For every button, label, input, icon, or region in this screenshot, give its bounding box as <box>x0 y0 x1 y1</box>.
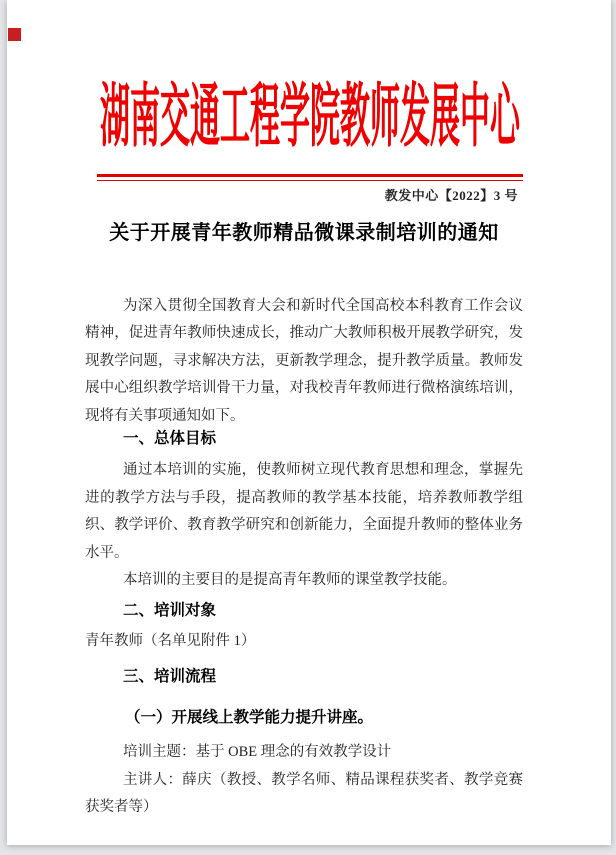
page-content: 湖南交通工程学院教师发展中心 教发中心【2022】3 号 关于开展青年教师精品微… <box>85 0 523 821</box>
document-page: 湖南交通工程学院教师发展中心 教发中心【2022】3 号 关于开展青年教师精品微… <box>7 0 611 845</box>
doc-number: 教发中心【2022】3 号 <box>97 187 523 205</box>
speaker-line: 主讲人：薛庆（教授、教学名师、精品课程获奖者、教学竞赛获奖者等） <box>85 767 523 822</box>
red-square-marker <box>8 28 21 41</box>
section-2-heading: 二、培训对象 <box>85 597 523 624</box>
notice-title: 关于开展青年教师精品微课录制培训的通知 <box>85 219 523 247</box>
notice-body: 为深入贯彻全国教育大会和新时代全国高校本科教育工作会议精神，促进青年教师快速成长… <box>85 293 523 821</box>
section-2-paragraph-1: 青年教师（名单见附件 1） <box>85 628 523 655</box>
masthead: 湖南交通工程学院教师发展中心 <box>97 86 523 153</box>
red-divider-rule <box>97 174 523 181</box>
document-canvas: 湖南交通工程学院教师发展中心 教发中心【2022】3 号 关于开展青年教师精品微… <box>0 0 616 855</box>
section-3-subheading-1: （一）开展线上教学能力提升讲座。 <box>85 704 523 731</box>
intro-paragraph: 为深入贯彻全国教育大会和新时代全国高校本科教育工作会议精神，促进青年教师快速成长… <box>85 293 523 430</box>
section-1-heading: 一、总体目标 <box>85 425 523 452</box>
letterhead: 湖南交通工程学院教师发展中心 教发中心【2022】3 号 <box>97 86 523 205</box>
training-topic-line: 培训主题：基于 OBE 理念的有效教学设计 <box>85 739 523 766</box>
section-3-heading: 三、培训流程 <box>85 663 523 690</box>
masthead-title: 湖南交通工程学院教师发展中心 <box>100 84 520 153</box>
section-1-paragraph-1: 通过本培训的实施，使教师树立现代教育思想和理念，掌握先进的教学方法与手段，提高教… <box>85 457 523 567</box>
section-1-paragraph-2: 本培训的主要目的是提高青年教师的课堂教学技能。 <box>85 567 523 594</box>
